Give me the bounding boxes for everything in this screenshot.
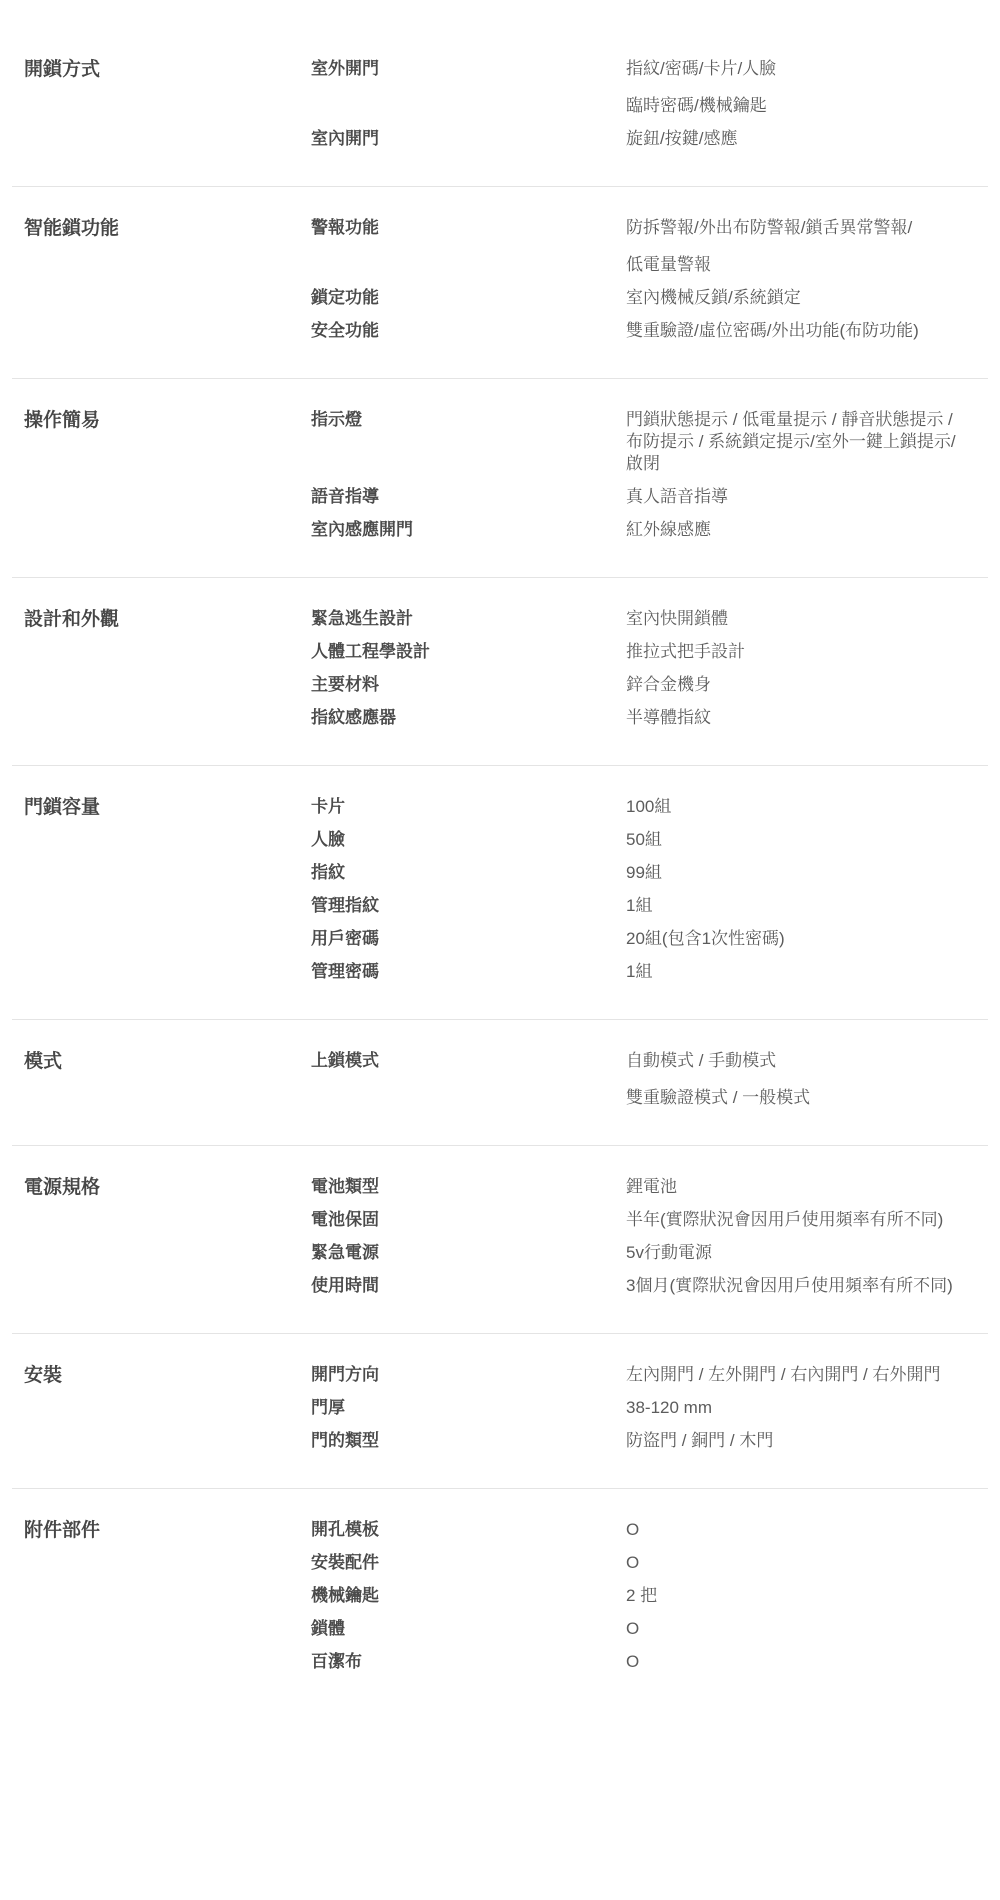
spec-row-label: 門的類型 <box>311 1430 626 1452</box>
spec-rows: 卡片100組人臉50組指紋99組管理指紋1組用戶密碼20組(包含1次性密碼)管理… <box>311 796 988 983</box>
spec-value-paragraph: 3個月(實際狀況會因用戶使用頻率有所不同) <box>626 1275 971 1297</box>
spec-value-paragraph: 38-120 mm <box>626 1397 971 1419</box>
spec-row-value: 1組 <box>626 961 981 983</box>
spec-row-value: 鋰電池 <box>626 1176 981 1198</box>
spec-row: 人體工程學設計推拉式把手設計 <box>311 641 988 663</box>
spec-value-paragraph: 20組(包含1次性密碼) <box>626 928 971 950</box>
spec-rows: 開門方向左內開門 / 左外開門 / 右內開門 / 右外開門門厚38-120 mm… <box>311 1364 988 1452</box>
spec-row: 電池保固半年(實際狀況會因用戶使用頻率有所不同) <box>311 1209 988 1231</box>
spec-row-label: 電池類型 <box>311 1176 626 1198</box>
spec-row: 使用時間3個月(實際狀況會因用戶使用頻率有所不同) <box>311 1275 988 1297</box>
spec-value-paragraph: 1組 <box>626 961 971 983</box>
spec-section: 開鎖方式室外開門指紋/密碼/卡片/人臉臨時密碼/機械鑰匙室內開門旋鈕/按鍵/感應 <box>12 28 988 187</box>
spec-row-value: 5v行動電源 <box>626 1242 981 1264</box>
spec-row-value: 門鎖狀態提示 / 低電量提示 / 靜音狀態提示 / 布防提示 / 系統鎖定提示/… <box>626 409 981 475</box>
spec-value-paragraph: O <box>626 1519 971 1541</box>
spec-row-label: 室內感應開門 <box>311 519 626 541</box>
spec-row-value: 推拉式把手設計 <box>626 641 981 663</box>
spec-rows: 開孔模板O安裝配件O機械鑰匙2 把鎖體O百潔布O <box>311 1519 988 1673</box>
spec-row-label: 室外開門 <box>311 58 626 117</box>
spec-value-paragraph: 臨時密碼/機械鑰匙 <box>626 95 971 117</box>
spec-row: 人臉50組 <box>311 829 988 851</box>
spec-value-paragraph: 1組 <box>626 895 971 917</box>
spec-row: 安全功能雙重驗證/虛位密碼/外出功能(布防功能) <box>311 320 988 342</box>
spec-row: 室內開門旋鈕/按鍵/感應 <box>311 128 988 150</box>
spec-row: 主要材料鋅合金機身 <box>311 674 988 696</box>
spec-row-value: 100組 <box>626 796 981 818</box>
spec-row-value: 指紋/密碼/卡片/人臉臨時密碼/機械鑰匙 <box>626 58 981 117</box>
spec-value-paragraph: 鋰電池 <box>626 1176 971 1198</box>
spec-category-label: 模式 <box>12 1050 311 1074</box>
spec-row: 指示燈門鎖狀態提示 / 低電量提示 / 靜音狀態提示 / 布防提示 / 系統鎖定… <box>311 409 988 475</box>
spec-value-paragraph: 室內快開鎖體 <box>626 608 971 630</box>
spec-row: 開門方向左內開門 / 左外開門 / 右內開門 / 右外開門 <box>311 1364 988 1386</box>
spec-row-value: O <box>626 1618 981 1640</box>
spec-row-value: O <box>626 1552 981 1574</box>
spec-value-paragraph: 防盜門 / 銅門 / 木門 <box>626 1430 971 1452</box>
spec-row: 緊急逃生設計室內快開鎖體 <box>311 608 988 630</box>
spec-value-paragraph: O <box>626 1651 971 1673</box>
spec-value-paragraph: 紅外線感應 <box>626 519 971 541</box>
spec-category-label: 附件部件 <box>12 1519 311 1543</box>
spec-row-value: 99組 <box>626 862 981 884</box>
spec-value-paragraph: 100組 <box>626 796 971 818</box>
spec-row: 警報功能防拆警報/外出布防警報/鎖舌異常警報/低電量警報 <box>311 217 988 276</box>
spec-row: 上鎖模式自動模式 / 手動模式雙重驗證模式 / 一般模式 <box>311 1050 988 1109</box>
spec-row-value: 真人語音指導 <box>626 486 981 508</box>
spec-row: 指紋99組 <box>311 862 988 884</box>
spec-row-label: 安全功能 <box>311 320 626 342</box>
spec-row: 卡片100組 <box>311 796 988 818</box>
spec-value-paragraph: 真人語音指導 <box>626 486 971 508</box>
spec-value-paragraph: 自動模式 / 手動模式 <box>626 1050 971 1072</box>
spec-table: 開鎖方式室外開門指紋/密碼/卡片/人臉臨時密碼/機械鑰匙室內開門旋鈕/按鍵/感應… <box>12 0 988 1709</box>
spec-row-label: 上鎖模式 <box>311 1050 626 1109</box>
spec-category-label: 操作簡易 <box>12 409 311 433</box>
spec-row: 室外開門指紋/密碼/卡片/人臉臨時密碼/機械鑰匙 <box>311 58 988 117</box>
spec-row-label: 管理指紋 <box>311 895 626 917</box>
spec-rows: 指示燈門鎖狀態提示 / 低電量提示 / 靜音狀態提示 / 布防提示 / 系統鎖定… <box>311 409 988 541</box>
spec-section: 電源規格電池類型鋰電池電池保固半年(實際狀況會因用戶使用頻率有所不同)緊急電源5… <box>12 1146 988 1334</box>
spec-row-label: 指紋感應器 <box>311 707 626 729</box>
spec-row-label: 用戶密碼 <box>311 928 626 950</box>
spec-row-value: O <box>626 1519 981 1541</box>
spec-row-label: 電池保固 <box>311 1209 626 1231</box>
spec-value-paragraph: 低電量警報 <box>626 254 971 276</box>
spec-rows: 上鎖模式自動模式 / 手動模式雙重驗證模式 / 一般模式 <box>311 1050 988 1109</box>
spec-value-paragraph: 室內機械反鎖/系統鎖定 <box>626 287 971 309</box>
spec-value-paragraph: 左內開門 / 左外開門 / 右內開門 / 右外開門 <box>626 1364 971 1386</box>
spec-row: 安裝配件O <box>311 1552 988 1574</box>
spec-value-paragraph: 指紋/密碼/卡片/人臉 <box>626 58 971 80</box>
spec-row-value: 半導體指紋 <box>626 707 981 729</box>
spec-section: 設計和外觀緊急逃生設計室內快開鎖體人體工程學設計推拉式把手設計主要材料鋅合金機身… <box>12 578 988 766</box>
spec-row-label: 指紋 <box>311 862 626 884</box>
spec-row-label: 語音指導 <box>311 486 626 508</box>
spec-row: 語音指導真人語音指導 <box>311 486 988 508</box>
spec-row-value: 防拆警報/外出布防警報/鎖舌異常警報/低電量警報 <box>626 217 981 276</box>
spec-row-value: 鋅合金機身 <box>626 674 981 696</box>
spec-row: 鎖體O <box>311 1618 988 1640</box>
spec-row-label: 安裝配件 <box>311 1552 626 1574</box>
spec-section: 門鎖容量卡片100組人臉50組指紋99組管理指紋1組用戶密碼20組(包含1次性密… <box>12 766 988 1020</box>
spec-row: 管理密碼1組 <box>311 961 988 983</box>
spec-row-value: 38-120 mm <box>626 1397 981 1419</box>
spec-value-paragraph: 50組 <box>626 829 971 851</box>
spec-row-label: 室內開門 <box>311 128 626 150</box>
spec-row-label: 主要材料 <box>311 674 626 696</box>
spec-row: 指紋感應器半導體指紋 <box>311 707 988 729</box>
spec-section: 操作簡易指示燈門鎖狀態提示 / 低電量提示 / 靜音狀態提示 / 布防提示 / … <box>12 379 988 578</box>
spec-value-paragraph: 推拉式把手設計 <box>626 641 971 663</box>
spec-row-label: 卡片 <box>311 796 626 818</box>
spec-row-label: 緊急電源 <box>311 1242 626 1264</box>
spec-rows: 緊急逃生設計室內快開鎖體人體工程學設計推拉式把手設計主要材料鋅合金機身指紋感應器… <box>311 608 988 729</box>
spec-value-paragraph: 半導體指紋 <box>626 707 971 729</box>
spec-category-label: 安裝 <box>12 1364 311 1388</box>
spec-row-value: 50組 <box>626 829 981 851</box>
spec-value-paragraph: 雙重驗證模式 / 一般模式 <box>626 1087 971 1109</box>
spec-value-paragraph: 2 把 <box>626 1585 971 1607</box>
spec-section: 智能鎖功能警報功能防拆警報/外出布防警報/鎖舌異常警報/低電量警報鎖定功能室內機… <box>12 187 988 379</box>
spec-rows: 警報功能防拆警報/外出布防警報/鎖舌異常警報/低電量警報鎖定功能室內機械反鎖/系… <box>311 217 988 342</box>
spec-row-label: 緊急逃生設計 <box>311 608 626 630</box>
spec-row-label: 機械鑰匙 <box>311 1585 626 1607</box>
spec-row-value: 室內機械反鎖/系統鎖定 <box>626 287 981 309</box>
spec-row: 機械鑰匙2 把 <box>311 1585 988 1607</box>
spec-row-label: 開門方向 <box>311 1364 626 1386</box>
spec-section: 安裝開門方向左內開門 / 左外開門 / 右內開門 / 右外開門門厚38-120 … <box>12 1334 988 1489</box>
spec-row: 管理指紋1組 <box>311 895 988 917</box>
spec-category-label: 智能鎖功能 <box>12 217 311 241</box>
spec-row-label: 指示燈 <box>311 409 626 475</box>
spec-row-label: 門厚 <box>311 1397 626 1419</box>
spec-row: 電池類型鋰電池 <box>311 1176 988 1198</box>
spec-row-value: 旋鈕/按鍵/感應 <box>626 128 981 150</box>
spec-category-label: 門鎖容量 <box>12 796 311 820</box>
spec-row: 門的類型防盜門 / 銅門 / 木門 <box>311 1430 988 1452</box>
spec-row-label: 鎖定功能 <box>311 287 626 309</box>
spec-value-paragraph: 半年(實際狀況會因用戶使用頻率有所不同) <box>626 1209 971 1231</box>
spec-value-paragraph: 防拆警報/外出布防警報/鎖舌異常警報/ <box>626 217 971 239</box>
spec-row-value: 防盜門 / 銅門 / 木門 <box>626 1430 981 1452</box>
spec-category-label: 電源規格 <box>12 1176 311 1200</box>
spec-value-paragraph: 旋鈕/按鍵/感應 <box>626 128 971 150</box>
spec-value-paragraph: 99組 <box>626 862 971 884</box>
spec-row: 鎖定功能室內機械反鎖/系統鎖定 <box>311 287 988 309</box>
spec-row: 開孔模板O <box>311 1519 988 1541</box>
spec-section: 附件部件開孔模板O安裝配件O機械鑰匙2 把鎖體O百潔布O <box>12 1489 988 1709</box>
spec-row-label: 人臉 <box>311 829 626 851</box>
spec-rows: 室外開門指紋/密碼/卡片/人臉臨時密碼/機械鑰匙室內開門旋鈕/按鍵/感應 <box>311 58 988 150</box>
spec-value-paragraph: 5v行動電源 <box>626 1242 971 1264</box>
spec-row-value: 3個月(實際狀況會因用戶使用頻率有所不同) <box>626 1275 981 1297</box>
spec-value-paragraph: 雙重驗證/虛位密碼/外出功能(布防功能) <box>626 320 971 342</box>
spec-row-value: O <box>626 1651 981 1673</box>
spec-row-value: 自動模式 / 手動模式雙重驗證模式 / 一般模式 <box>626 1050 981 1109</box>
spec-value-paragraph: 鋅合金機身 <box>626 674 971 696</box>
spec-category-label: 設計和外觀 <box>12 608 311 632</box>
spec-row: 室內感應開門紅外線感應 <box>311 519 988 541</box>
spec-section: 模式上鎖模式自動模式 / 手動模式雙重驗證模式 / 一般模式 <box>12 1020 988 1146</box>
spec-row-label: 管理密碼 <box>311 961 626 983</box>
spec-row-label: 使用時間 <box>311 1275 626 1297</box>
spec-row-value: 室內快開鎖體 <box>626 608 981 630</box>
spec-row-value: 2 把 <box>626 1585 981 1607</box>
spec-row-value: 紅外線感應 <box>626 519 981 541</box>
spec-row-label: 鎖體 <box>311 1618 626 1640</box>
spec-row-label: 警報功能 <box>311 217 626 276</box>
spec-rows: 電池類型鋰電池電池保固半年(實際狀況會因用戶使用頻率有所不同)緊急電源5v行動電… <box>311 1176 988 1297</box>
spec-value-paragraph: O <box>626 1618 971 1640</box>
spec-row-label: 開孔模板 <box>311 1519 626 1541</box>
spec-row-value: 半年(實際狀況會因用戶使用頻率有所不同) <box>626 1209 981 1231</box>
spec-row-value: 左內開門 / 左外開門 / 右內開門 / 右外開門 <box>626 1364 981 1386</box>
spec-row: 用戶密碼20組(包含1次性密碼) <box>311 928 988 950</box>
spec-row-value: 20組(包含1次性密碼) <box>626 928 981 950</box>
spec-value-paragraph: O <box>626 1552 971 1574</box>
spec-category-label: 開鎖方式 <box>12 58 311 82</box>
spec-row-value: 雙重驗證/虛位密碼/外出功能(布防功能) <box>626 320 981 342</box>
spec-row-value: 1組 <box>626 895 981 917</box>
spec-value-paragraph: 門鎖狀態提示 / 低電量提示 / 靜音狀態提示 / 布防提示 / 系統鎖定提示/… <box>626 409 971 475</box>
spec-row-label: 百潔布 <box>311 1651 626 1673</box>
spec-row-label: 人體工程學設計 <box>311 641 626 663</box>
spec-row: 門厚38-120 mm <box>311 1397 988 1419</box>
spec-row: 百潔布O <box>311 1651 988 1673</box>
spec-row: 緊急電源5v行動電源 <box>311 1242 988 1264</box>
